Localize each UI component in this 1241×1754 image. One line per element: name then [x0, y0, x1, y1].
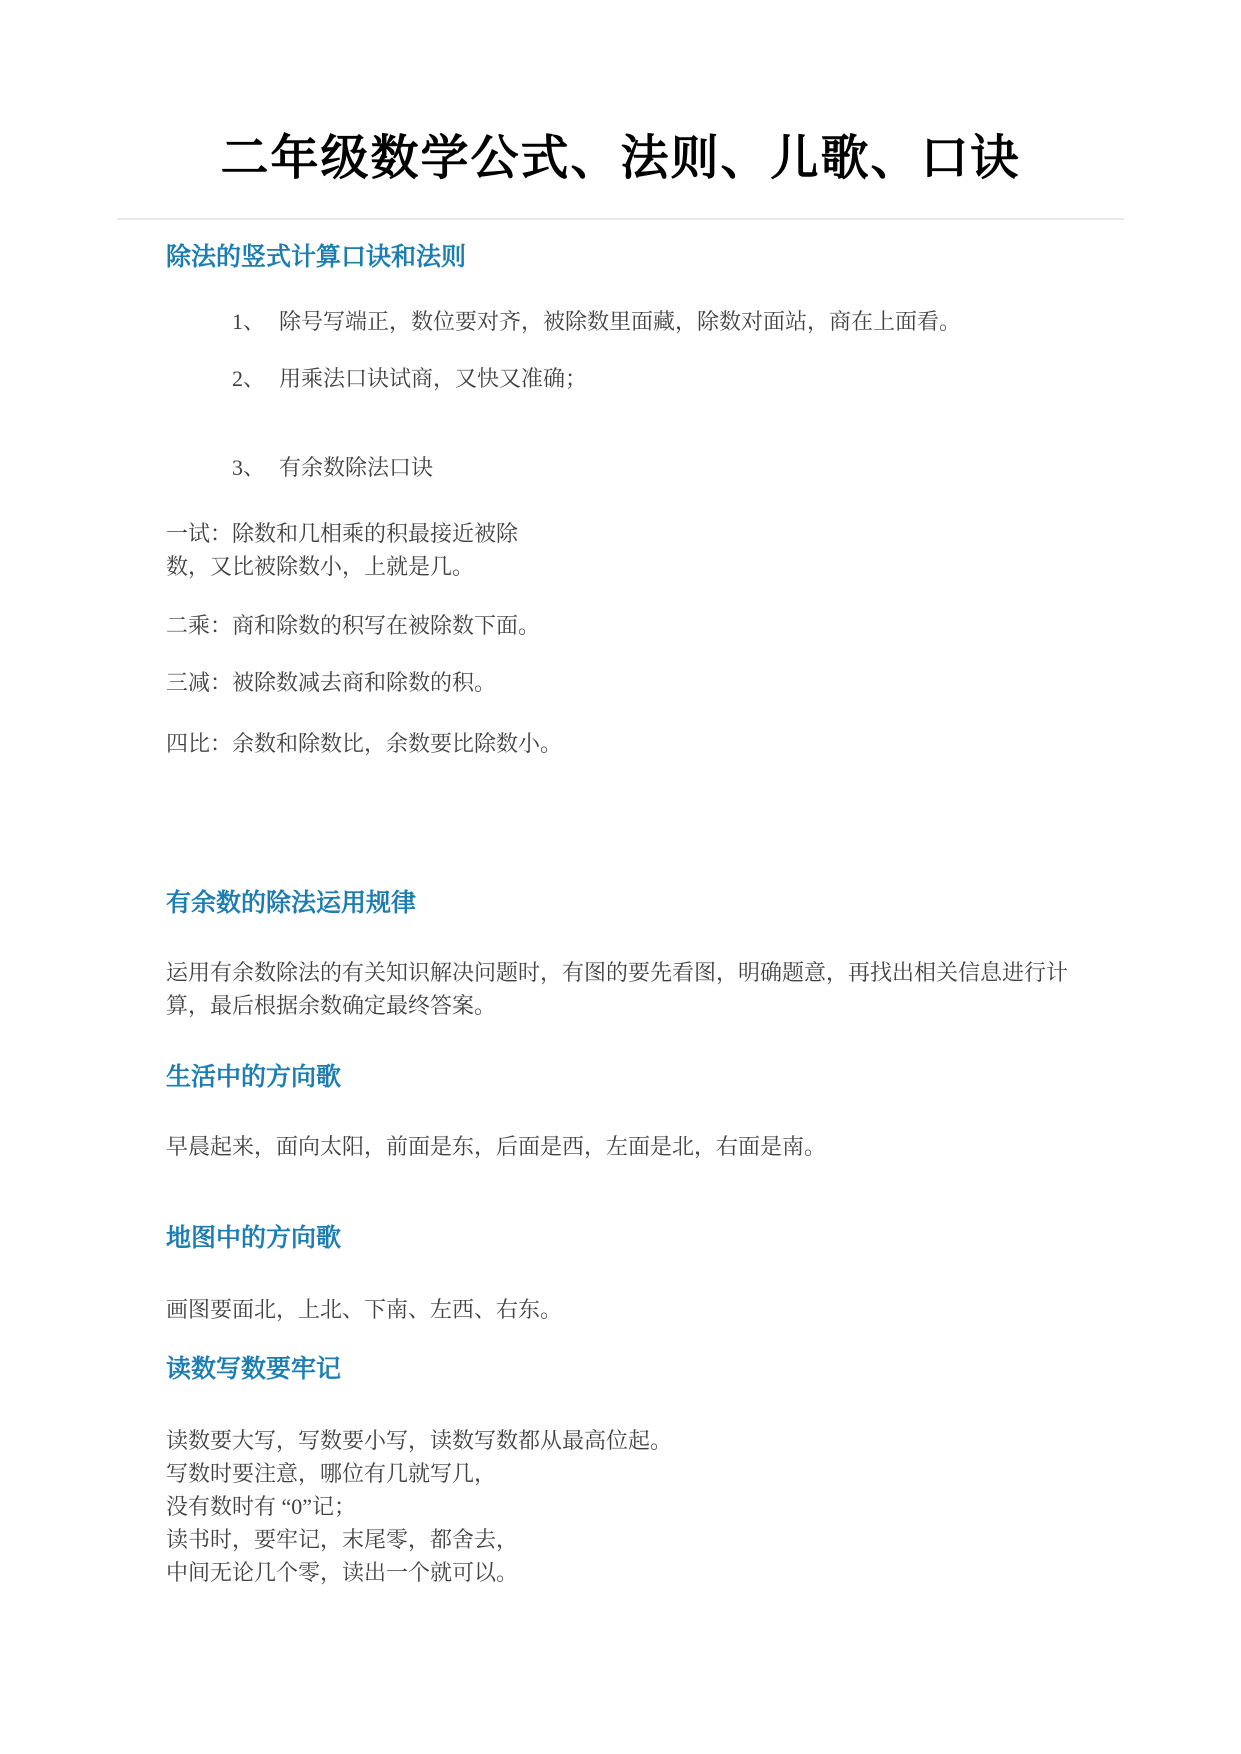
section-heading-remainder-rule: 有余数的除法运用规律: [166, 888, 1075, 918]
list-item: 1、 除号写端正，数位要对齐，被除数里面藏，除数对面站，商在上面看。: [166, 308, 1075, 335]
poem-line: 没有数时有 “0”记；: [166, 1494, 356, 1519]
paragraph-try-step: 一试：除数和几相乘的积最接近被除 数，又比被除数小，上就是几。: [166, 517, 1075, 583]
list-item-number: 3、: [232, 454, 265, 481]
list-item-text: 用乘法口诀试商，又快又准确；: [279, 365, 587, 392]
poem-line: 读书时，要牢记，末尾零，都舍去，: [166, 1527, 518, 1552]
paragraph-subtract-step: 三减：被除数减去商和除数的积。: [166, 666, 1075, 699]
paragraph-compare-step: 四比：余数和除数比，余数要比除数小。: [166, 727, 1075, 760]
section-heading-division-rules: 除法的竖式计算口诀和法则: [166, 242, 1075, 272]
list-item-text: 除号写端正，数位要对齐，被除数里面藏，除数对面站，商在上面看。: [279, 308, 961, 335]
paragraph-multiply-step: 二乘：商和除数的积写在被除数下面。: [166, 609, 1075, 642]
list-item-number: 1、: [232, 308, 265, 335]
list-item-text: 有余数除法口诀: [279, 454, 433, 481]
section-heading-life-direction-song: 生活中的方向歌: [166, 1062, 1075, 1092]
paragraph-remainder-rule: 运用有余数除法的有关知识解决问题时，有图的要先看图，明确题意，再找出相关信息进行…: [166, 956, 1075, 1022]
paragraph-life-direction-song: 早晨起来，面向太阳，前面是东，后面是西，左面是北，右面是南。: [166, 1130, 1075, 1163]
paragraph-read-write-poem: 读数要大写，写数要小写，读数写数都从最高位起。 写数时要注意，哪位有几就写几， …: [166, 1424, 1075, 1589]
list-item: 3、 有余数除法口诀: [166, 454, 1075, 481]
list-item: 2、 用乘法口诀试商，又快又准确；: [166, 365, 1075, 392]
paragraph-map-direction-song: 画图要面北，上北、下南、左西、右东。: [166, 1293, 1075, 1326]
poem-line: 读数要大写，写数要小写，读数写数都从最高位起。: [166, 1428, 672, 1453]
paragraph-line: 一试：除数和几相乘的积最接近被除: [166, 521, 518, 546]
poem-line: 中间无论几个零，读出一个就可以。: [166, 1560, 518, 1585]
list-item-number: 2、: [232, 365, 265, 392]
page-title: 二年级数学公式、法则、儿歌、口诀: [117, 130, 1124, 220]
section-heading-map-direction-song: 地图中的方向歌: [166, 1223, 1075, 1253]
paragraph-line: 数，又比被除数小，上就是几。: [166, 554, 474, 579]
document-page: 二年级数学公式、法则、儿歌、口诀 除法的竖式计算口诀和法则 1、 除号写端正，数…: [0, 0, 1241, 1589]
section-heading-read-write-numbers: 读数写数要牢记: [166, 1354, 1075, 1384]
poem-line: 写数时要注意，哪位有几就写几，: [166, 1461, 496, 1486]
